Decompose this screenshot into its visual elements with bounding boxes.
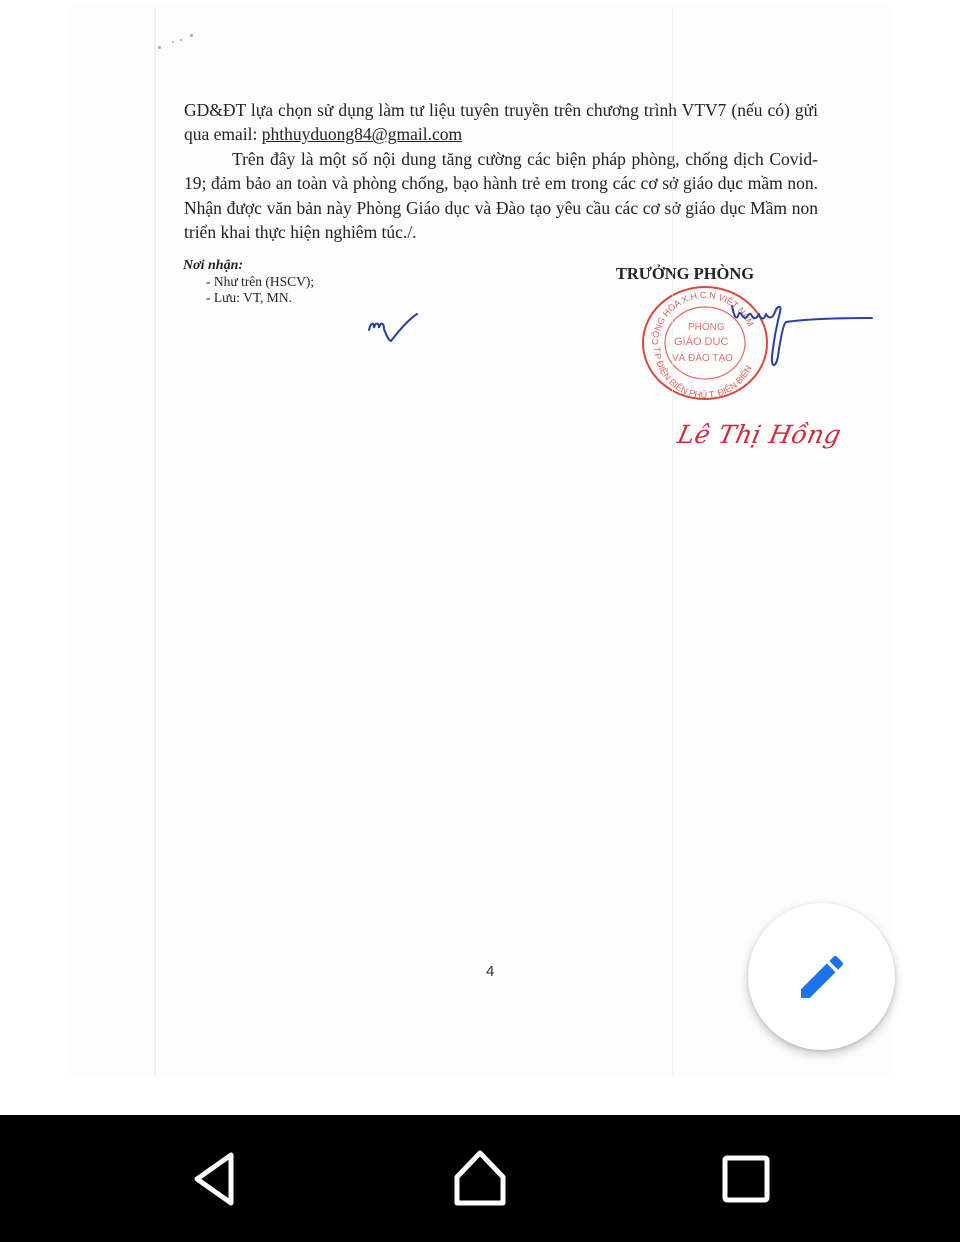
- edit-fab-button[interactable]: [748, 903, 895, 1050]
- recents-button[interactable]: [686, 1115, 806, 1242]
- paragraph-vtv7: GD&ĐT lựa chọn sử dụng làm tư liệu tuyên…: [184, 98, 818, 147]
- svg-text:PHÒNG: PHÒNG: [688, 320, 725, 333]
- recipient-item: - Lưu: VT, MN.: [183, 290, 314, 306]
- recents-square-icon: [722, 1155, 770, 1203]
- signer-name: Lê Thị Hồng: [675, 420, 844, 449]
- home-icon: [452, 1149, 508, 1209]
- initials-signature: [365, 308, 425, 348]
- svg-text:VÀ ĐÀO TẠO: VÀ ĐÀO TẠO: [672, 351, 733, 364]
- recipients-block: Nơi nhận: - Như trên (HSCV); - Lưu: VT, …: [183, 258, 314, 306]
- home-button[interactable]: [420, 1115, 540, 1242]
- document-viewer[interactable]: GD&ĐT lựa chọn sử dụng làm tư liệu tuyên…: [0, 0, 960, 1115]
- svg-text:GIÁO DỤC: GIÁO DỤC: [674, 335, 728, 348]
- document-page: GD&ĐT lựa chọn sử dụng làm tư liệu tuyên…: [70, 8, 890, 1075]
- recipient-item: - Như trên (HSCV);: [183, 274, 314, 290]
- page-number: 4: [486, 963, 494, 980]
- recipients-label: Nơi nhận:: [183, 258, 314, 274]
- email-link[interactable]: phthuyduong84@gmail.com: [262, 124, 462, 144]
- signer-title: TRƯỞNG PHÒNG: [610, 264, 760, 284]
- system-navigation-bar: [0, 1115, 960, 1242]
- paragraph-conclusion: Trên đây là một số nội dung tăng cường c…: [184, 147, 818, 245]
- scan-artifacts: [158, 34, 198, 54]
- handwritten-signature: [730, 298, 880, 378]
- pencil-edit-icon: [794, 949, 850, 1005]
- back-triangle-icon: [189, 1151, 239, 1207]
- document-body: GD&ĐT lựa chọn sử dụng làm tư liệu tuyên…: [184, 98, 818, 244]
- back-button[interactable]: [154, 1115, 274, 1242]
